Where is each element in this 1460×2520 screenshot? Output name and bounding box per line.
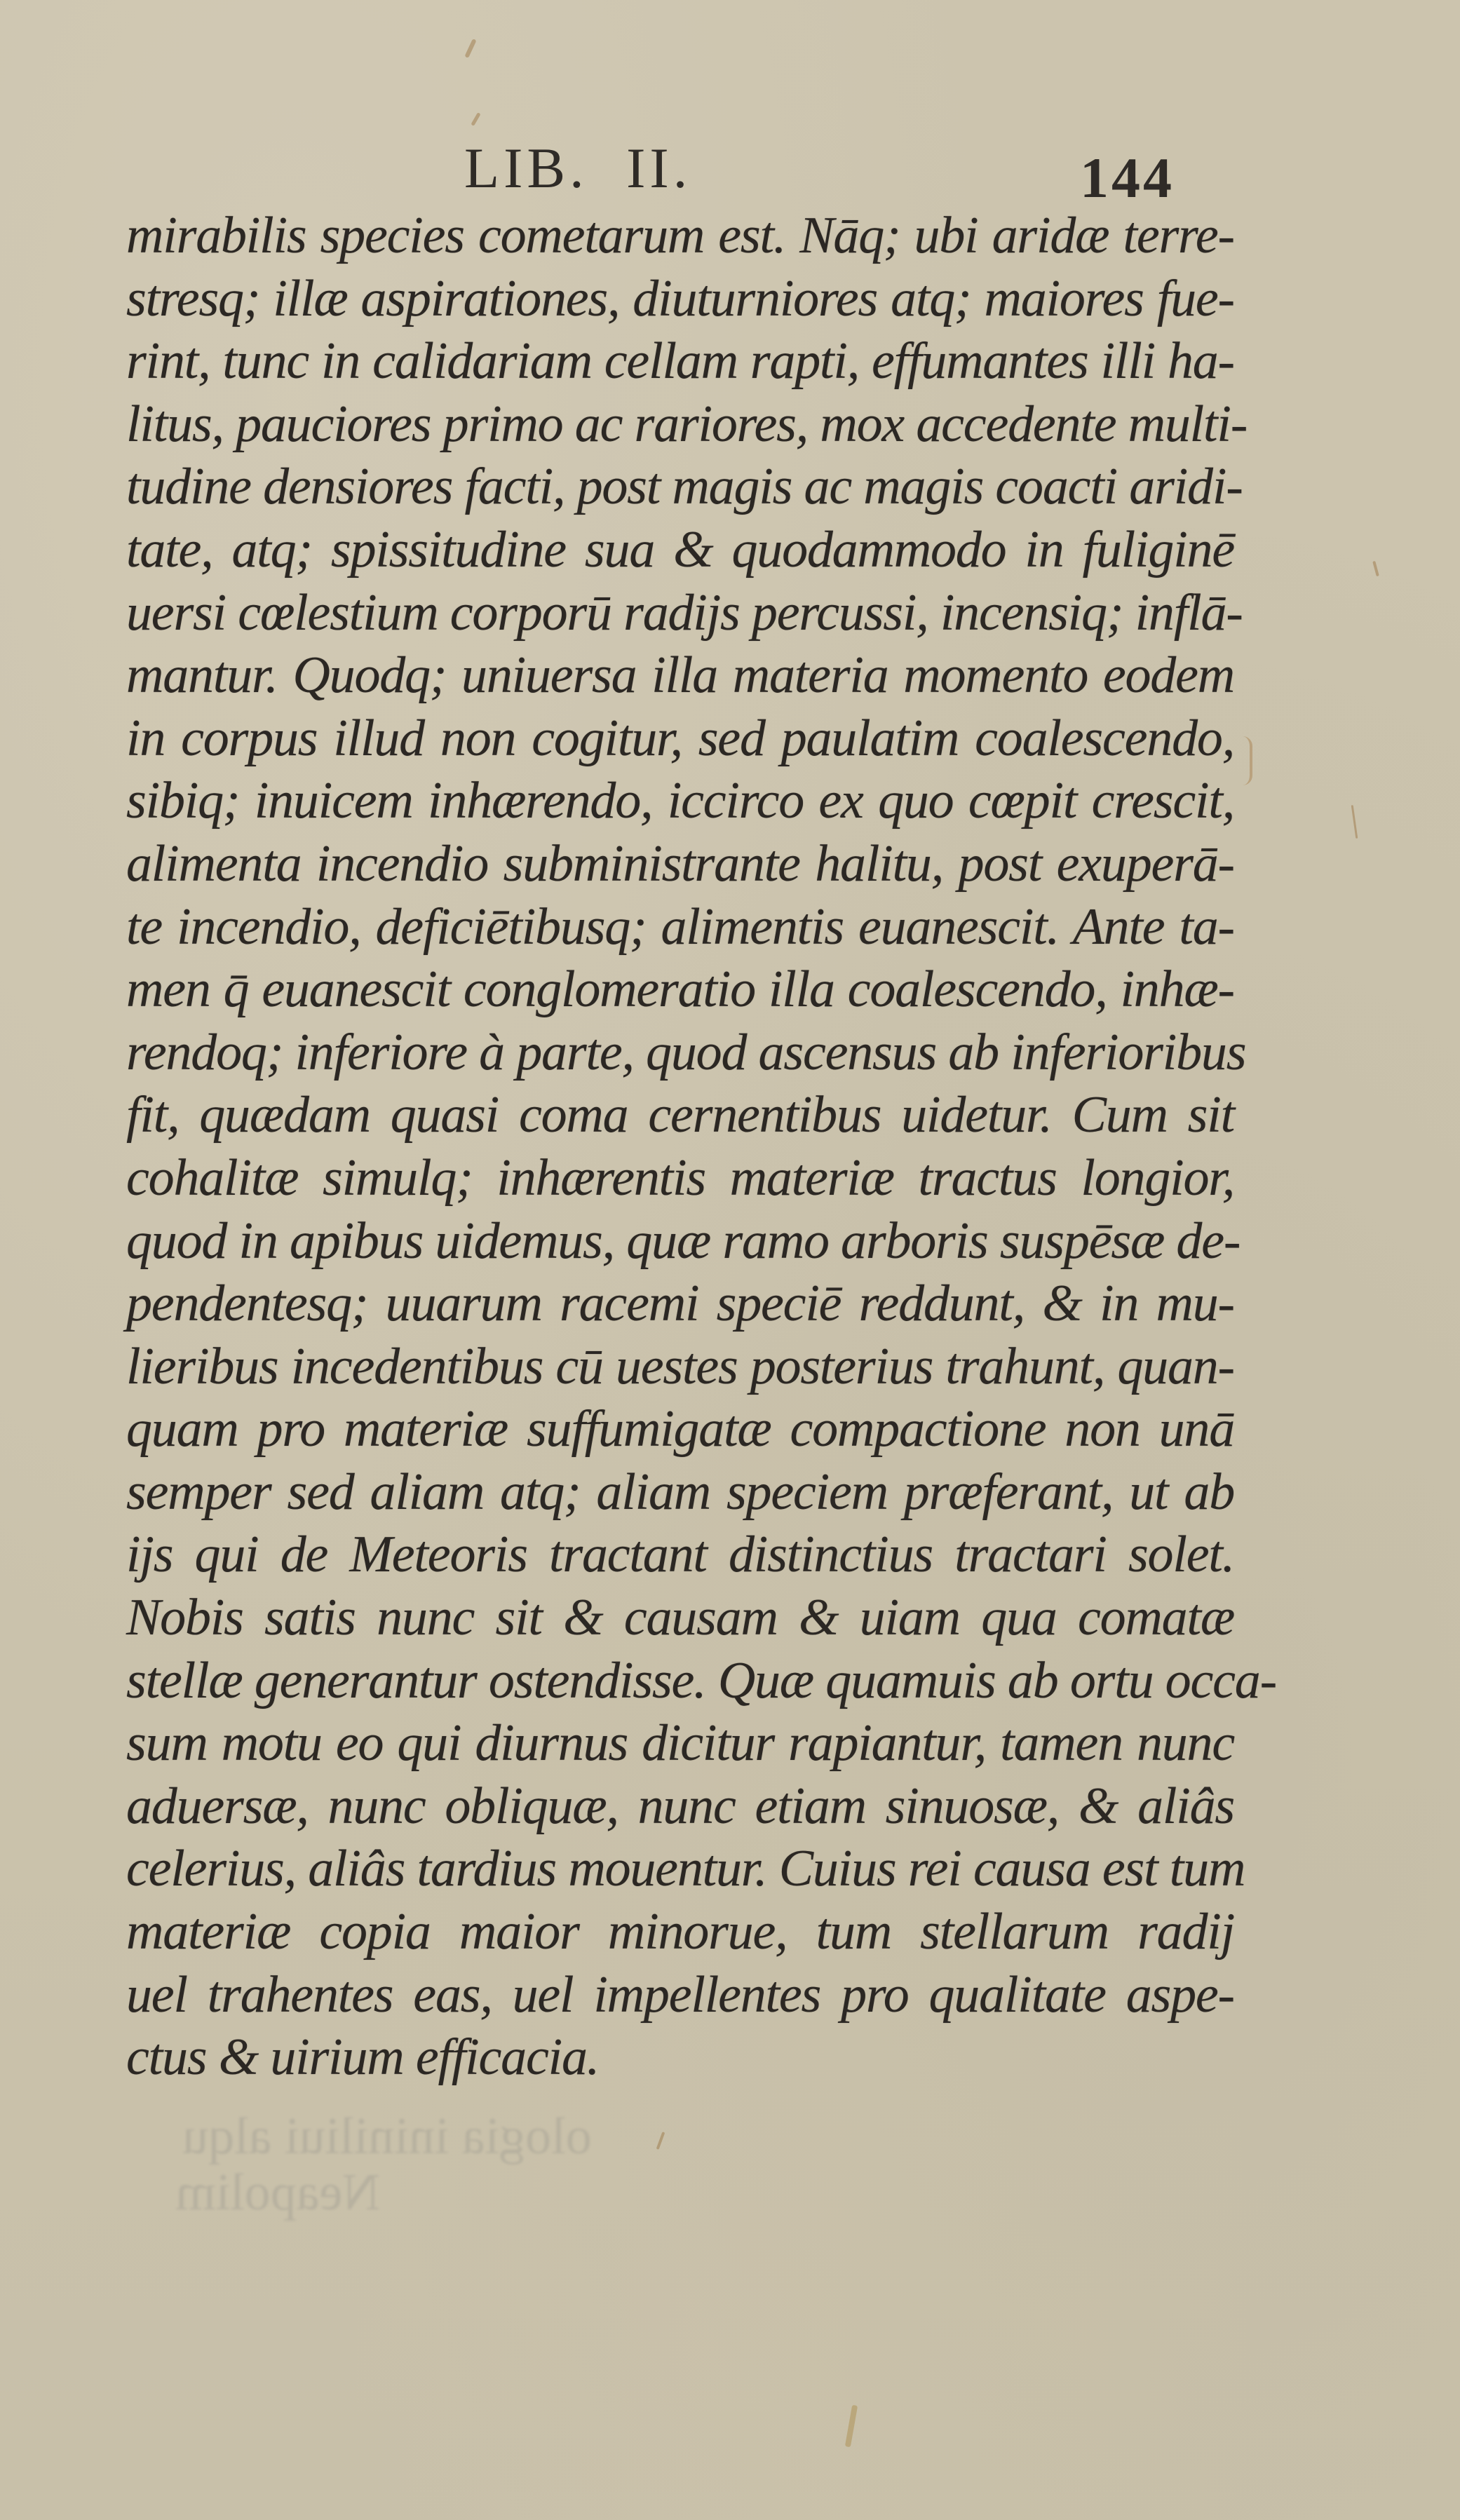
text-line: mantur. Quodq; uniuersa illa materia mom… [126, 644, 1234, 707]
book-page: LIB. II. 144 mirabilis species cometarum… [0, 0, 1460, 2520]
text-line: stresq; illæ aspirationes, diuturniores … [126, 268, 1234, 331]
bleed-through-text: Neapolim [175, 2163, 380, 2223]
text-line: sibiq; inuicem inhærendo, iccirco ex quo… [126, 770, 1234, 833]
text-line: sum motu eo qui diurnus dicitur rapiantu… [126, 1712, 1234, 1775]
text-line: uel trahentes eas, uel impellentes pro q… [126, 1964, 1234, 2027]
paper-fiber [845, 2405, 858, 2447]
text-line: rendoq; inferiore à parte, quod ascensus… [126, 1022, 1234, 1085]
text-line: in corpus illud non cogitur, sed paulati… [126, 707, 1234, 771]
text-line: Nobis satis nunc sit & causam & uiam qua… [126, 1587, 1234, 1650]
text-line: celerius, aliâs tardius mouentur. Cuius … [126, 1838, 1234, 1901]
text-line: ijs qui de Meteoris tractant distinctius… [126, 1524, 1234, 1587]
text-line: litus, pauciores primo ac rariores, mox … [126, 393, 1234, 456]
paper-fiber [1351, 805, 1358, 839]
page-number: 144 [1080, 143, 1175, 213]
text-line: materiæ copia maior minorue, tum stellar… [126, 1901, 1234, 1964]
paper-fiber [471, 112, 480, 126]
running-head: LIB. II. 144 [0, 133, 1460, 203]
text-line: quod in apibus uidemus, quæ ramo arboris… [126, 1210, 1234, 1273]
text-line: semper sed aliam atq; aliam speciem præf… [126, 1461, 1234, 1524]
text-line: uersi cœlestium corporū radijs percussi,… [126, 582, 1234, 645]
paper-fiber [1372, 561, 1379, 576]
text-line: men q̄ euanescit conglomeratio illa coal… [126, 958, 1234, 1022]
text-line: cohalitæ simulq; inhærentis materiæ trac… [126, 1147, 1234, 1210]
text-line: rint, tunc in calidariam cellam rapti, e… [126, 330, 1234, 393]
text-line: quam pro materiæ suffumigatæ compactione… [126, 1398, 1234, 1461]
text-line: stellæ generantur ostendisse. Quæ quamui… [126, 1650, 1234, 1713]
body-text: mirabilis species cometarum est. Nāq; ub… [126, 205, 1234, 2089]
text-line: te incendio, deficiētibusq; alimentis eu… [126, 896, 1234, 959]
text-line: mirabilis species cometarum est. Nāq; ub… [126, 205, 1234, 268]
book-label: LIB. II. [464, 133, 691, 203]
text-line: fit, quædam quasi coma cernentibus uidet… [126, 1084, 1234, 1147]
text-line: alimenta incendio subministrante halitu,… [126, 833, 1234, 896]
paper-fiber [464, 39, 476, 58]
paper-stain [1243, 736, 1252, 785]
text-line: tudine densiores facti, post magis ac ma… [126, 456, 1234, 519]
text-line: aduersæ, nunc obliquæ, nunc etiam sinuos… [126, 1775, 1234, 1838]
text-line-last: ctus & uirium efficacia. [126, 2026, 1234, 2089]
text-line: tate, atq; spissitudine sua & quodammodo… [126, 519, 1234, 582]
text-line: lieribus incedentibus cū uestes posteriu… [126, 1336, 1234, 1399]
bleed-through-text: ologia ininiliui alqu [182, 2107, 1234, 2167]
text-line: pendentesq; uuarum racemi speciē reddunt… [126, 1273, 1234, 1336]
